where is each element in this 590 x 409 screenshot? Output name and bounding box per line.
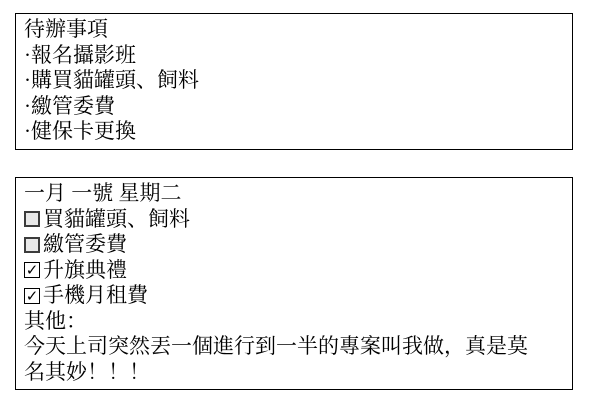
checklist-row: ✓ 升旗典禮 (24, 258, 564, 284)
checklist-row: 繳管委費 (24, 232, 564, 258)
todo-title: 待辦事項 (24, 17, 564, 43)
todo-item-text: ·健保卡更換 (24, 119, 136, 145)
checkbox-icon[interactable] (24, 211, 40, 227)
todo-item: ·報名攝影班 (24, 43, 564, 69)
checkbox-icon[interactable] (24, 237, 40, 253)
daily-checklist-box: 一月 一號 星期二 買貓罐頭、飼料 繳管委費 ✓ 升旗典禮 ✓ 手機月租費 其他… (15, 177, 573, 390)
checklist-row: 買貓罐頭、飼料 (24, 207, 564, 233)
date-heading: 一月 一號 星期二 (24, 181, 564, 207)
note-line: 今天上司突然丟一個進行到一半的專案叫我做，真是莫 (24, 334, 564, 360)
checklist-label: 繳管委費 (43, 232, 127, 258)
todo-title-text: 待辦事項 (24, 17, 108, 43)
checklist-label: 升旗典禮 (43, 258, 127, 284)
todo-item: ·購買貓罐頭、飼料 (24, 68, 564, 94)
date-heading-text: 一月 一號 星期二 (24, 181, 182, 207)
todo-item: ·健保卡更換 (24, 119, 564, 145)
note-line-text: 今天上司突然丟一個進行到一半的專案叫我做，真是莫 (24, 334, 528, 360)
checklist-row: ✓ 手機月租費 (24, 283, 564, 309)
other-label: 其他： (24, 309, 564, 335)
other-label-text: 其他： (24, 309, 87, 335)
todo-list-box: 待辦事項 ·報名攝影班 ·購買貓罐頭、飼料 ·繳管委費 ·健保卡更換 (15, 13, 573, 150)
note-line: 名其妙！！！ (24, 360, 564, 386)
todo-item-text: ·購買貓罐頭、飼料 (24, 68, 199, 94)
checklist-label: 買貓罐頭、飼料 (43, 207, 190, 233)
notes-page: 待辦事項 ·報名攝影班 ·購買貓罐頭、飼料 ·繳管委費 ·健保卡更換 一月 一號… (0, 0, 590, 409)
checkbox-icon[interactable]: ✓ (24, 288, 40, 304)
checkbox-icon[interactable]: ✓ (24, 262, 40, 278)
todo-item-text: ·繳管委費 (24, 94, 115, 120)
checklist-label: 手機月租費 (43, 283, 148, 309)
todo-item: ·繳管委費 (24, 94, 564, 120)
todo-item-text: ·報名攝影班 (24, 43, 136, 69)
note-line-text: 名其妙！！！ (24, 360, 150, 386)
